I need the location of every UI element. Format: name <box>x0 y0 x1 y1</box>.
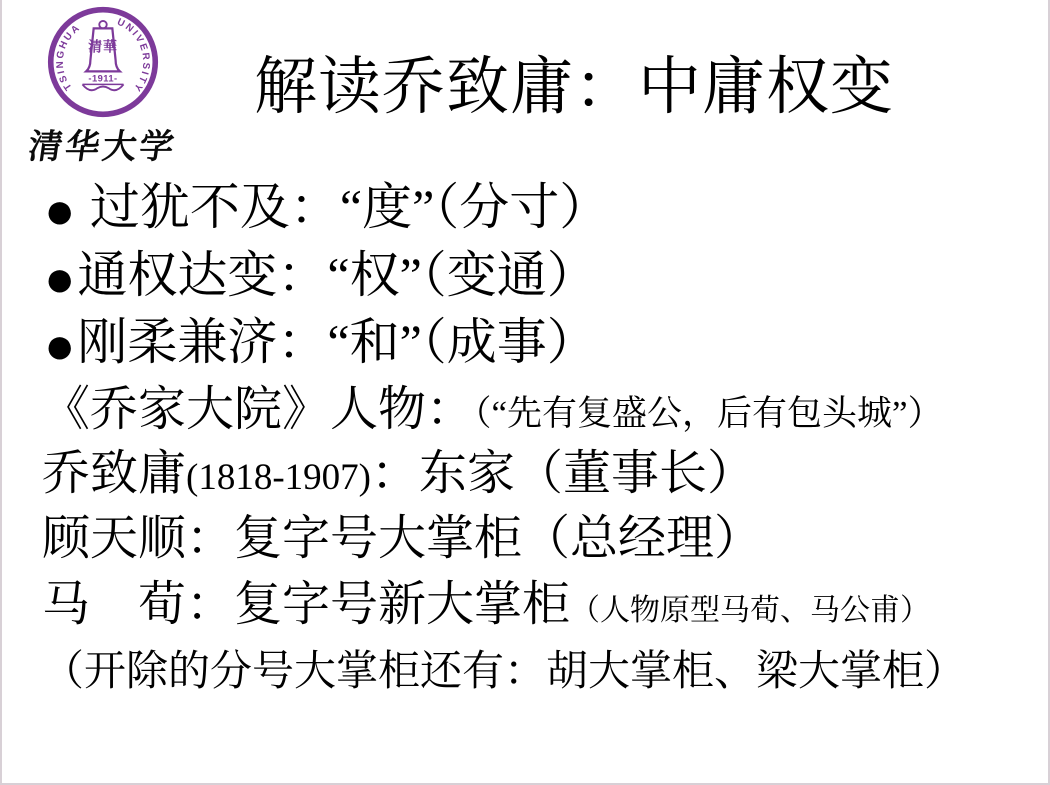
line-dismissed-managers: （开除的分号大掌柜还有：胡大掌柜、梁大掌柜） <box>42 650 966 694</box>
seal-year-band: -1911- <box>88 74 117 84</box>
university-wordmark-cn: 清华大学 <box>25 119 182 168</box>
bullet-icon: ● <box>44 251 75 308</box>
bullet-icon: ● <box>44 183 75 240</box>
person-name: 乔致庸 <box>42 447 186 500</box>
line-rest-text: ：东家（董事长） <box>371 447 755 500</box>
line-text: 通权达变：“权”（变通） <box>77 247 596 303</box>
line-gutianshun: 顾天顺：复字号大掌柜（总经理） <box>42 514 762 564</box>
line-main-text: 马 荀：复字号新大掌柜 <box>42 578 570 631</box>
bullet-line-quan: ●通权达变：“权”（变通） <box>44 249 597 302</box>
line-main-text: 《乔家大院》人物： <box>42 383 474 436</box>
tsinghua-seal-icon: TSINGHUA UNIVERSITY 清華 -1911- <box>47 6 159 118</box>
line-text: 顾天顺：复字号大掌柜（总经理） <box>42 512 762 565</box>
line-qiaojiadayuan: 《乔家大院》人物：（“先有复盛公，后有包头城”） <box>42 385 943 435</box>
slide-title: 解读乔致庸：中庸权变 <box>254 36 894 127</box>
life-years: (1818-1907) <box>186 457 371 498</box>
line-qiaozhiyong: 乔致庸(1818-1907)：东家（董事长） <box>42 449 755 499</box>
presentation-slide: TSINGHUA UNIVERSITY 清華 -1911- 清华大学 解读乔致庸… <box>0 0 1050 785</box>
line-aside-text: （“先有复盛公，后有包头城”） <box>474 394 943 433</box>
bullet-icon: ● <box>44 318 75 375</box>
line-maxun: 马 荀：复字号新大掌柜（人物原型马荀、马公甫） <box>42 580 930 630</box>
line-text: 刚柔兼济：“和”（成事） <box>77 314 596 370</box>
bullet-line-he: ●刚柔兼济：“和”（成事） <box>44 316 597 369</box>
bullet-line-du: ● 过犹不及：“度”（分寸） <box>44 181 609 234</box>
line-aside-text: （人物原型马荀、马公甫） <box>570 594 930 627</box>
line-text: 过犹不及：“度”（分寸） <box>77 179 609 235</box>
seal-center-glyphs: 清華 <box>88 39 118 56</box>
tsinghua-logo: TSINGHUA UNIVERSITY 清華 -1911- 清华大学 <box>28 6 178 168</box>
seal-outer-ring <box>51 10 156 115</box>
line-text: （开除的分号大掌柜还有：胡大掌柜、梁大掌柜） <box>42 649 966 695</box>
